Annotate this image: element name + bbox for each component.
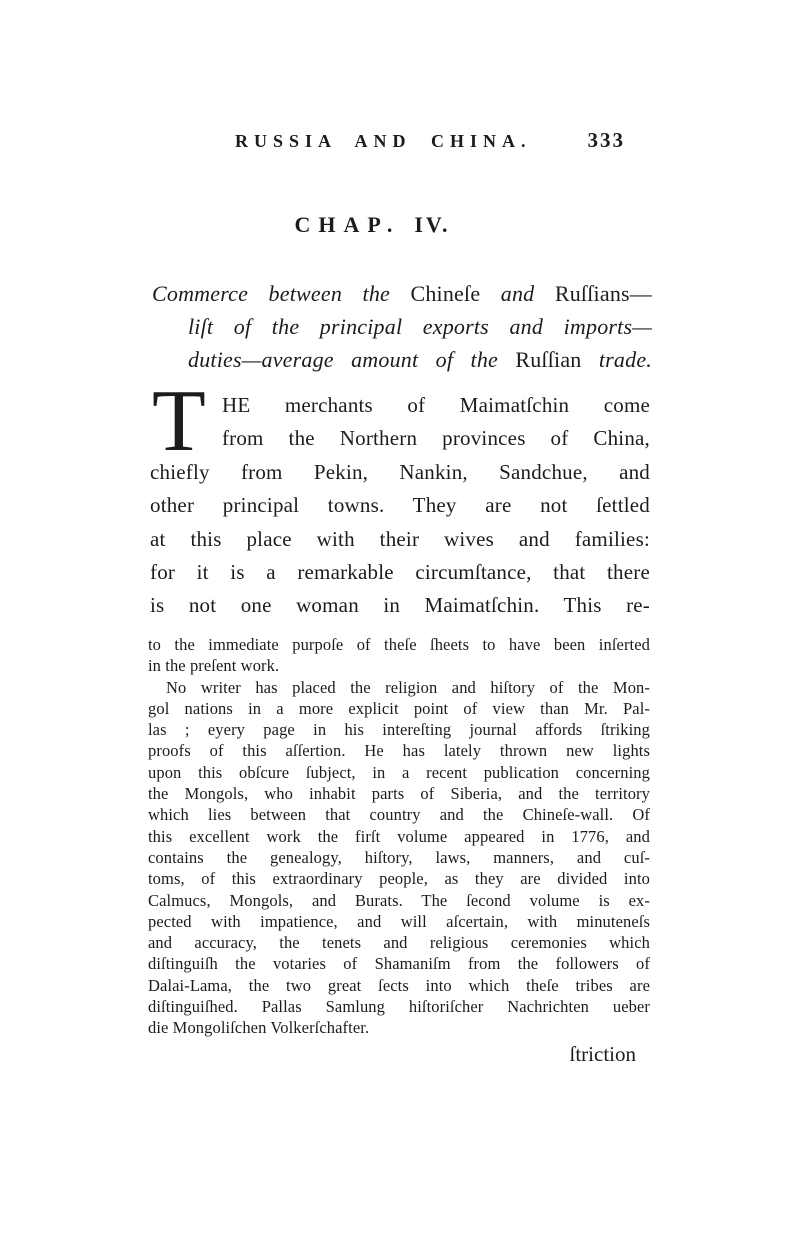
text-segment: the Mongols, who inhabit parts of Siberi… <box>148 784 650 803</box>
text-segment: proofs of this aſſertion. He has lately … <box>148 741 650 760</box>
catchword-row: ſtriction <box>150 1042 650 1067</box>
text-segment: other principal towns. They are not ſett… <box>150 493 650 517</box>
text-segment: die Mongoliſchen Volkerſchafter. <box>148 1018 369 1037</box>
text-segment: Chineſe <box>410 281 500 306</box>
text-segment: diſtinguiſhed. Pallas Samlung hiſtoriſch… <box>148 997 650 1016</box>
text-line: toms, of this extraordinary people, as t… <box>148 868 650 889</box>
footnote: to the immediate purpoſe of theſe ſheets… <box>148 634 650 1039</box>
text-line: is not one woman in Maimatſchin. This re… <box>150 589 650 622</box>
text-line: the Mongols, who inhabit parts of Siberi… <box>148 783 650 804</box>
text-segment: las ; eyery page in his intereſting jour… <box>148 720 650 739</box>
text-line: at this place with their wives and famil… <box>150 523 650 556</box>
text-line: diſtinguiſhed. Pallas Samlung hiſtoriſch… <box>148 996 650 1017</box>
text-segment: gol nations in a more explicit point of … <box>148 699 650 718</box>
text-line: No writer has placed the religion and hi… <box>148 677 650 698</box>
text-line: die Mongoliſchen Volkerſchafter. <box>148 1017 650 1038</box>
text-line: from the Northern provinces of China, <box>150 422 650 455</box>
text-segment: Ruſſian <box>515 347 599 372</box>
text-line: this excellent work the firſt volume app… <box>148 826 650 847</box>
text-line: diſtinguiſh the votaries of Shamaniſm fr… <box>148 953 650 974</box>
text-segment: liſt of the principal exports and import… <box>188 314 652 339</box>
chapter-number: IV. <box>414 212 450 237</box>
text-line: upon this obſcure ſubject, in a recent p… <box>148 762 650 783</box>
text-segment: HE merchants of Maimatſchin come <box>222 393 650 417</box>
main-text: T HE merchants of Maimatſchin comefrom t… <box>150 389 650 623</box>
running-title: RUSSIA AND CHINA. <box>235 131 532 152</box>
text-segment: this excellent work the firſt volume app… <box>148 827 650 846</box>
text-line: contains the genealogy, hiſtory, laws, m… <box>148 847 650 868</box>
text-segment: diſtinguiſh the votaries of Shamaniſm fr… <box>148 954 650 973</box>
text-line: chiefly from Pekin, Nankin, Sandchue, an… <box>150 456 650 489</box>
text-segment: Commerce between the <box>152 281 410 306</box>
chapter-summary: Commerce between the Chineſe and Ruſſian… <box>152 277 652 376</box>
text-segment: Dalai-Lama, the two great ſects into whi… <box>148 976 650 995</box>
text-segment: pected with impatience, and will aſcerta… <box>148 912 650 931</box>
text-segment: for it is a remarkable circumſtance, tha… <box>150 560 650 584</box>
text-line: Calmucs, Mongols, and Burats. The ſecond… <box>148 890 650 911</box>
text-line: to the immediate purpoſe of theſe ſheets… <box>148 634 650 655</box>
text-line: Commerce between the Chineſe and Ruſſian… <box>152 277 652 310</box>
text-line: in the preſent work. <box>148 655 650 676</box>
chapter-label: CHAP. <box>295 212 401 237</box>
text-segment: trade. <box>599 347 652 372</box>
text-segment: Ruſſians— <box>555 281 652 306</box>
catchword: ſtriction <box>570 1042 637 1066</box>
text-line: Dalai-Lama, the two great ſects into whi… <box>148 975 650 996</box>
text-segment: in the preſent work. <box>148 656 279 675</box>
text-line: gol nations in a more explicit point of … <box>148 698 650 719</box>
text-segment: at this place with their wives and famil… <box>150 527 650 551</box>
drop-cap: T <box>152 392 206 452</box>
text-segment: Calmucs, Mongols, and Burats. The ſecond… <box>148 891 650 910</box>
text-line: proofs of this aſſertion. He has lately … <box>148 740 650 761</box>
text-line: other principal towns. They are not ſett… <box>150 489 650 522</box>
text-segment: contains the genealogy, hiſtory, laws, m… <box>148 848 650 867</box>
text-line: and accuracy, the tenets and religious c… <box>148 932 650 953</box>
chapter-heading: CHAP.IV. <box>150 212 650 238</box>
text-line: duties—average amount of the Ruſſian tra… <box>152 343 652 376</box>
book-page: RUSSIA AND CHINA. 333 CHAP.IV. Commerce … <box>0 0 800 1237</box>
text-segment: and accuracy, the tenets and religious c… <box>148 933 650 952</box>
text-segment: toms, of this extraordinary people, as t… <box>148 869 650 888</box>
text-segment: is not one woman in Maimatſchin. This re… <box>150 593 650 617</box>
page-number: 333 <box>588 128 626 153</box>
text-segment: No writer has placed the religion and hi… <box>166 678 650 697</box>
text-segment: duties—average amount of the <box>188 347 515 372</box>
text-line: liſt of the principal exports and import… <box>152 310 652 343</box>
text-segment: upon this obſcure ſubject, in a recent p… <box>148 763 650 782</box>
text-line: for it is a remarkable circumſtance, tha… <box>150 556 650 589</box>
text-line: which lies between that country and the … <box>148 804 650 825</box>
text-line: pected with impatience, and will aſcerta… <box>148 911 650 932</box>
text-segment: and <box>501 281 555 306</box>
text-segment: from the Northern provinces of China, <box>222 426 650 450</box>
text-segment: chiefly from Pekin, Nankin, Sandchue, an… <box>150 460 650 484</box>
text-segment: to the immediate purpoſe of theſe ſheets… <box>148 635 650 654</box>
text-segment: which lies between that country and the … <box>148 805 650 824</box>
running-header: RUSSIA AND CHINA. 333 <box>150 128 650 153</box>
text-line: las ; eyery page in his intereſting jour… <box>148 719 650 740</box>
text-line: HE merchants of Maimatſchin come <box>150 389 650 422</box>
